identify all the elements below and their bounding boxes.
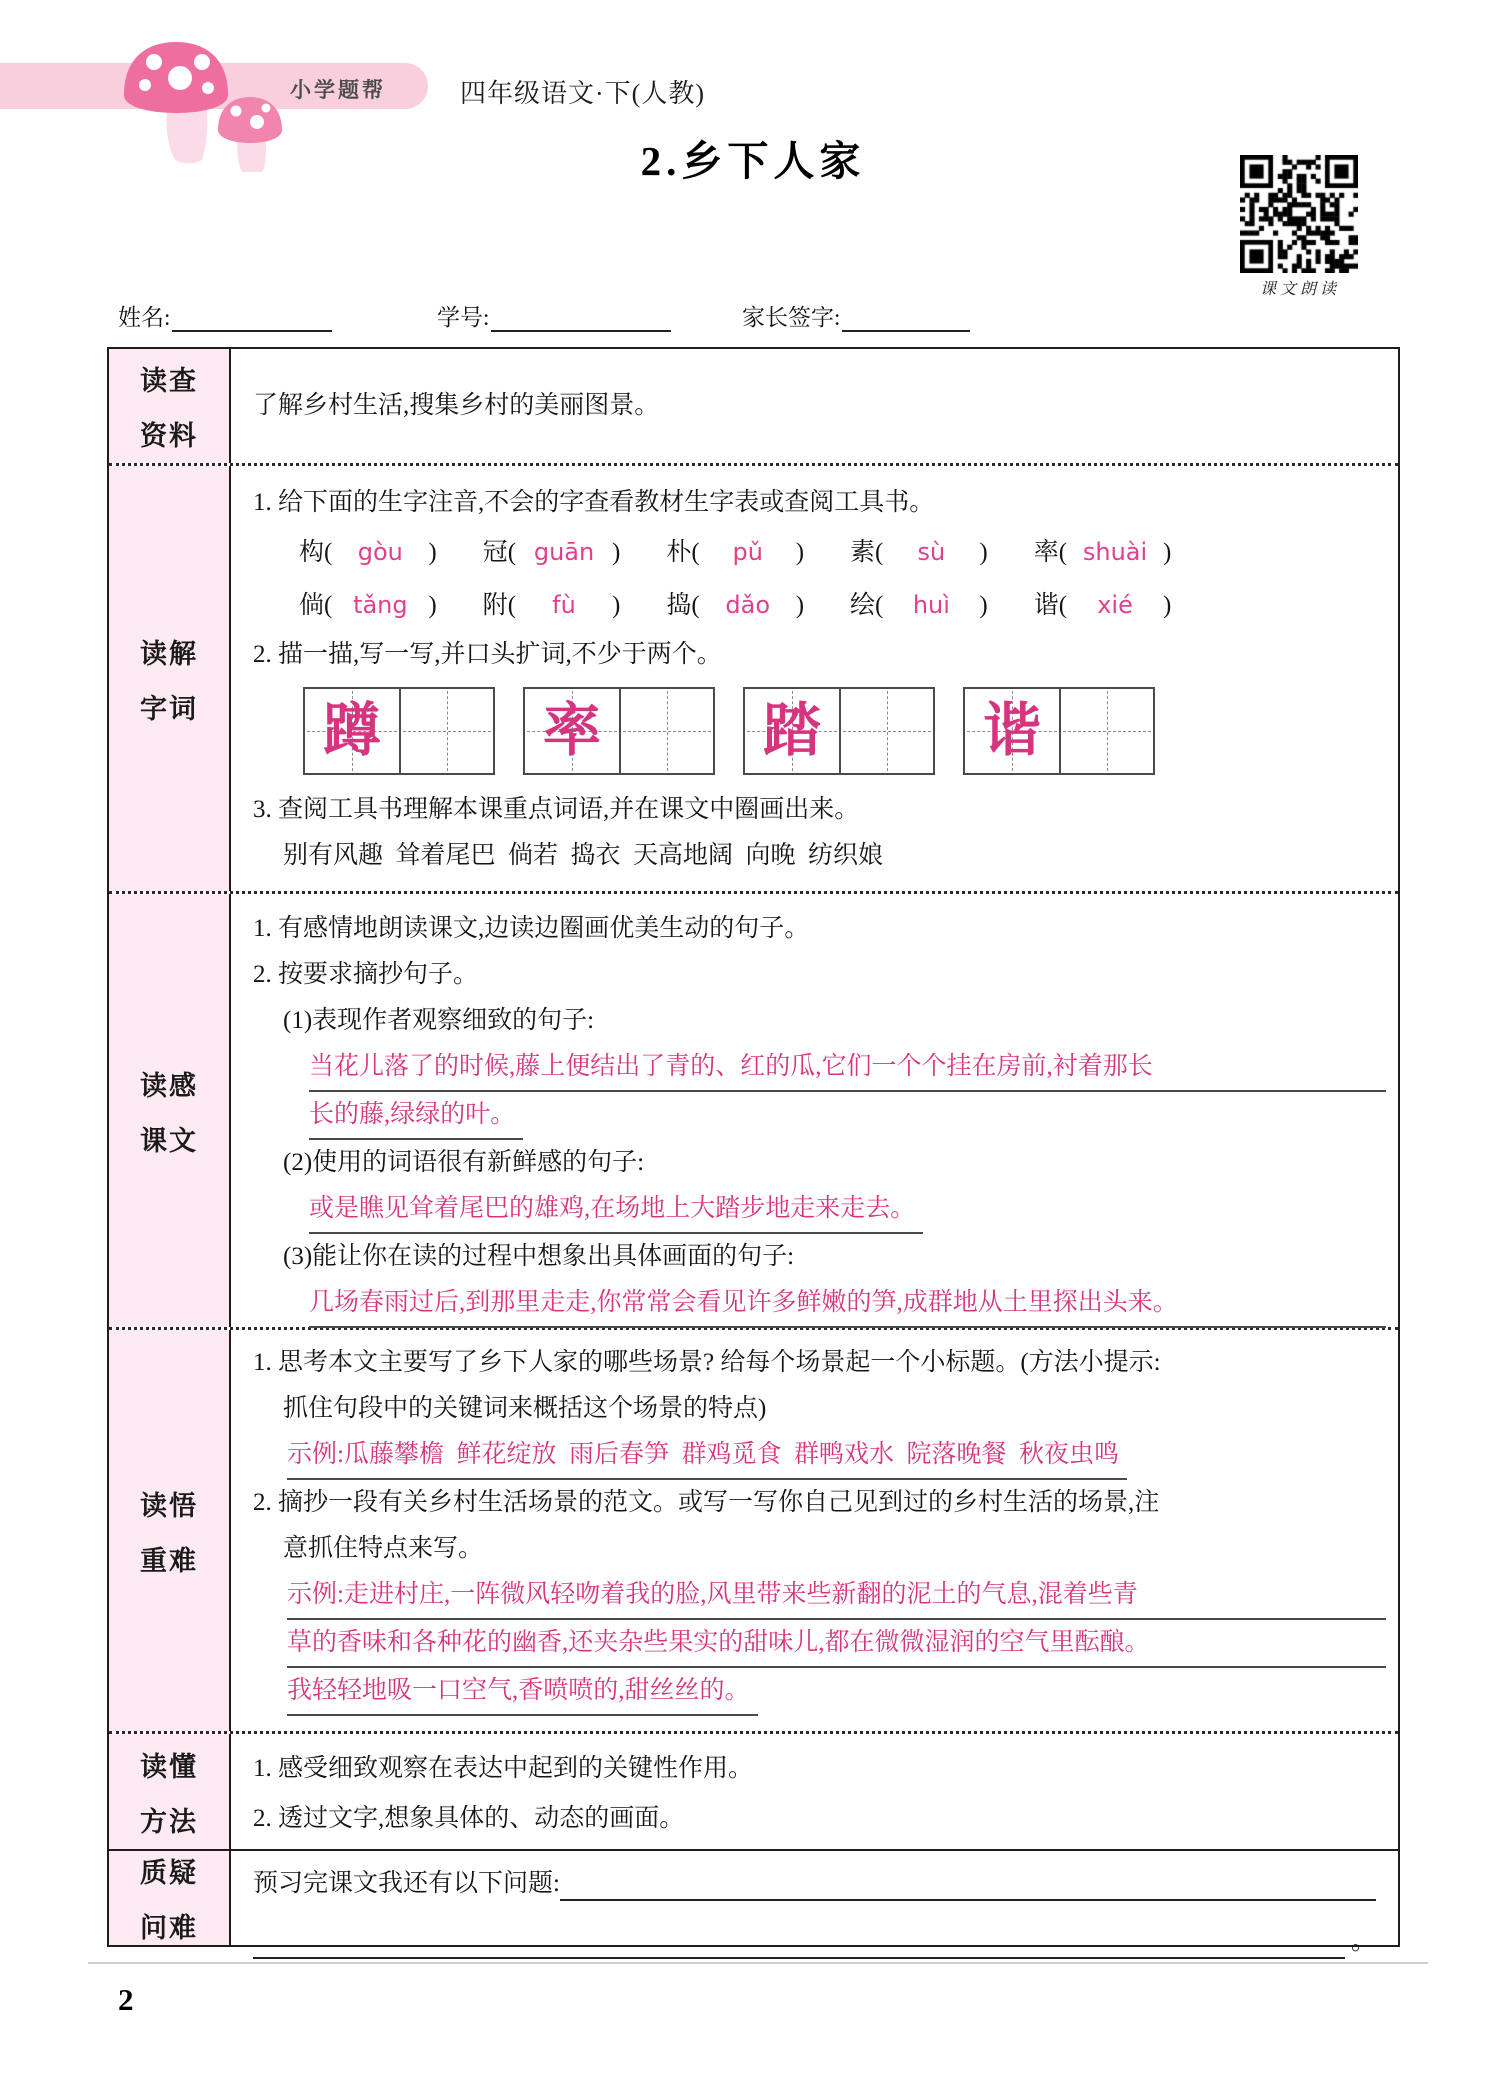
pinyin-answer: shuài <box>1067 526 1163 578</box>
practice-box: 谐 <box>963 687 1155 775</box>
pinyin-answer: huì <box>883 579 979 631</box>
row-duwuzhongnan: 读悟 重难 1. 思考本文主要写了乡下人家的哪些场景? 给每个场景起一个小标题。… <box>109 1327 1398 1731</box>
answer-continuation-line: 。 <box>231 1901 1390 1959</box>
preview-table: 读查 资料 了解乡村生活,搜集乡村的美丽图景。 读解 字词 1. 给下面的生字注… <box>107 347 1400 1947</box>
pinyin-answer: fù <box>516 579 612 631</box>
qr-caption: 课文朗读 <box>1240 276 1360 299</box>
pinyin-item: 谐(xié) <box>1034 579 1172 632</box>
student-id-field: 学号: <box>437 299 671 332</box>
question-2-cont: 意抓住特点来写。 <box>231 1526 1390 1572</box>
row-zhiyiwennan: 质疑 问难 预习完课文我还有以下问题: 。 <box>109 1849 1398 1945</box>
pinyin-item: 率(shuài) <box>1034 526 1172 579</box>
pinyin-item: 素(sù) <box>850 526 988 579</box>
row-label: 读懂 方法 <box>109 1734 231 1849</box>
key-words-list: 别有风趣 耸着尾巴 倘若 捣衣 天高地阔 向晚 纺织娘 <box>231 833 1390 879</box>
question-1-cont: 抓住句段中的关键词来概括这个场景的特点) <box>231 1386 1390 1432</box>
row-label: 读感 课文 <box>109 894 231 1327</box>
row-label: 读查 资料 <box>109 349 231 463</box>
pinyin-answer: pǔ <box>700 526 796 578</box>
grid-cell-empty <box>619 689 713 773</box>
grid-cell: 踏 <box>745 689 839 773</box>
student-id-label: 学号: <box>437 305 489 330</box>
row-dudongfangfa: 读懂 方法 1. 感受细致观察在表达中起到的关键性作用。 2. 透过文字,想象具… <box>109 1731 1398 1849</box>
practice-box: 蹲 <box>303 687 495 775</box>
model-answer-line: 当花儿落了的时候,藤上便结出了青的、红的瓜,它们一个个挂在房前,衬着那长 <box>309 1044 1386 1092</box>
worksheet-page: { "header": { "brand": "小学题帮", "edition"… <box>0 0 1506 2095</box>
practice-box: 率 <box>523 687 715 775</box>
pinyin-item: 捣(dǎo) <box>666 579 804 632</box>
row-label-line1: 读悟 <box>140 1484 198 1523</box>
model-answer-line: 草的香味和各种花的幽香,还夹杂些果实的甜味儿,都在微微湿润的空气里酝酿。 <box>287 1620 1386 1668</box>
row-content: 1. 思考本文主要写了乡下人家的哪些场景? 给每个场景起一个小标题。(方法小提示… <box>231 1330 1398 1731</box>
pinyin-item: 构(gòu) <box>299 526 437 579</box>
pinyin-item: 倘(tǎng) <box>299 579 437 632</box>
pinyin-answer: guān <box>516 526 612 578</box>
row-label-line2: 字词 <box>140 687 198 726</box>
question-1: 1. 给下面的生字注音,不会的字查看教材生字表或查阅工具书。 <box>231 480 1390 526</box>
row-dugankewen: 读感 课文 1. 有感情地朗读课文,边读边圈画优美生动的句子。 2. 按要求摘抄… <box>109 891 1398 1327</box>
grid-cell-empty <box>1059 689 1153 773</box>
question-3: 3. 查阅工具书理解本课重点词语,并在课文中圈画出来。 <box>231 787 1390 833</box>
pinyin-item: 冠(guān) <box>483 526 621 579</box>
row-label-line2: 方法 <box>140 1800 198 1839</box>
qr-block: 课文朗读 <box>1240 155 1360 299</box>
pinyin-item: 朴(pǔ) <box>666 526 804 579</box>
practice-box: 踏 <box>743 687 935 775</box>
model-answer-line: 或是瞧见耸着尾巴的雄鸡,在场地上大踏步地走来走去。 <box>309 1186 923 1234</box>
question-2: 2. 描一描,写一写,并口头扩词,不少于两个。 <box>231 632 1390 678</box>
question-prompt-line: 预习完课文我还有以下问题: <box>231 1851 1390 1901</box>
grid-cell: 谐 <box>965 689 1059 773</box>
model-answer-line: 示例:瓜藤攀檐 鲜花绽放 雨后春笋 群鸡觅食 群鸭戏水 院落晚餐 秋夜虫鸣 <box>287 1432 1127 1480</box>
model-answer-line: 长的藤,绿绿的叶。 <box>309 1092 523 1140</box>
row-label: 读解 字词 <box>109 466 231 891</box>
name-blank <box>172 306 332 332</box>
row-label-line2: 重难 <box>140 1539 198 1578</box>
grid-cell-empty <box>399 689 493 773</box>
row-label: 质疑 问难 <box>109 1851 231 1945</box>
question-1: 1. 思考本文主要写了乡下人家的哪些场景? 给每个场景起一个小标题。(方法小提示… <box>231 1340 1390 1386</box>
sentence-period: 。 <box>1345 1925 1376 1959</box>
row-content: 1. 感受细致观察在表达中起到的关键性作用。 2. 透过文字,想象具体的、动态的… <box>231 1734 1398 1849</box>
row-label: 读悟 重难 <box>109 1330 231 1731</box>
grid-cell: 蹲 <box>305 689 399 773</box>
method-1: 1. 感受细致观察在表达中起到的关键性作用。 <box>231 1744 1390 1794</box>
model-character: 谐 <box>965 689 1059 773</box>
model-answer-line: 我轻轻地吸一口空气,香喷喷的,甜丝丝的。 <box>287 1668 758 1716</box>
name-field: 姓名: <box>118 299 332 332</box>
grid-cell: 率 <box>525 689 619 773</box>
row-dujiezici: 读解 字词 1. 给下面的生字注音,不会的字查看教材生字表或查阅工具书。 构(g… <box>109 463 1398 891</box>
model-character: 踏 <box>745 689 839 773</box>
row-label-line2: 问难 <box>140 1906 198 1945</box>
row-content: 了解乡村生活,搜集乡村的美丽图景。 <box>231 349 1398 463</box>
question-1: 1. 有感情地朗读课文,边读边圈画优美生动的句子。 <box>231 906 1390 952</box>
model-answer-line: 示例:走进村庄,一阵微风轻吻着我的脸,风里带来些新翻的泥土的气息,混着些青 <box>287 1572 1386 1620</box>
row-label-line1: 读解 <box>140 632 198 671</box>
row-content: 1. 有感情地朗读课文,边读边圈画优美生动的句子。 2. 按要求摘抄句子。 (1… <box>231 894 1398 1327</box>
page-number: 2 <box>118 1982 134 2018</box>
pinyin-item: 附(fù) <box>483 579 621 632</box>
sub-question-3: (3)能让你在读的过程中想象出具体画面的句子: <box>231 1234 1390 1280</box>
sub-question-1: (1)表现作者观察细致的句子: <box>231 998 1390 1044</box>
pinyin-answer: xié <box>1067 579 1163 631</box>
parent-sign-field: 家长签字: <box>742 299 970 332</box>
model-answer-line: 几场春雨过后,到那里走走,你常常会看见许多鲜嫩的笋,成群地从土里探出头来。 <box>309 1280 1386 1328</box>
row-label-line1: 读查 <box>140 359 198 398</box>
student-id-blank <box>491 306 671 332</box>
row-label-line1: 读懂 <box>140 1745 198 1784</box>
qr-code <box>1240 155 1358 273</box>
pinyin-answer: sù <box>883 526 979 578</box>
pinyin-answer: dǎo <box>700 579 796 631</box>
pinyin-item: 绘(huì) <box>850 579 988 632</box>
method-2: 2. 透过文字,想象具体的、动态的画面。 <box>231 1794 1390 1844</box>
row-duchaziliao: 读查 资料 了解乡村生活,搜集乡村的美丽图景。 <box>109 349 1398 463</box>
parent-sign-blank <box>842 306 970 332</box>
answer-blank-line <box>253 1927 1345 1959</box>
sub-question-2: (2)使用的词语很有新鲜感的句子: <box>231 1140 1390 1186</box>
task-text: 了解乡村生活,搜集乡村的美丽图景。 <box>231 349 1390 463</box>
row-label-line2: 课文 <box>140 1119 198 1158</box>
row-label-line1: 质疑 <box>140 1851 198 1890</box>
row-label-line1: 读感 <box>140 1064 198 1103</box>
row-content: 1. 给下面的生字注音,不会的字查看教材生字表或查阅工具书。 构(gòu) 冠(… <box>231 466 1398 891</box>
pinyin-row-1: 构(gòu) 冠(guān) 朴(pǔ) 素(sù) 率(shuài) <box>231 526 1390 579</box>
scan-artifact-rule <box>88 1962 1428 1964</box>
edition-label: 四年级语文·下(人教) <box>460 73 705 110</box>
question-prompt: 预习完课文我还有以下问题: <box>253 1867 560 1901</box>
model-character: 蹲 <box>305 689 399 773</box>
row-label-line2: 资料 <box>140 414 198 453</box>
character-practice-boxes: 蹲 率 踏 谐 <box>231 687 1390 775</box>
name-label: 姓名: <box>118 305 170 330</box>
question-2: 2. 摘抄一段有关乡村生活场景的范文。或写一写你自己见到过的乡村生活的场景,注 <box>231 1480 1390 1526</box>
pinyin-answer: gòu <box>332 526 428 578</box>
question-2: 2. 按要求摘抄句子。 <box>231 952 1390 998</box>
parent-sign-label: 家长签字: <box>742 305 840 330</box>
pinyin-answer: tǎng <box>332 579 428 631</box>
answer-blank-line <box>560 1869 1376 1901</box>
model-character: 率 <box>525 689 619 773</box>
row-content: 预习完课文我还有以下问题: 。 <box>231 1851 1398 1945</box>
pinyin-row-2: 倘(tǎng) 附(fù) 捣(dǎo) 绘(huì) 谐(xié) <box>231 579 1390 632</box>
grid-cell-empty <box>839 689 933 773</box>
brand-name: 小学题帮 <box>290 74 386 104</box>
